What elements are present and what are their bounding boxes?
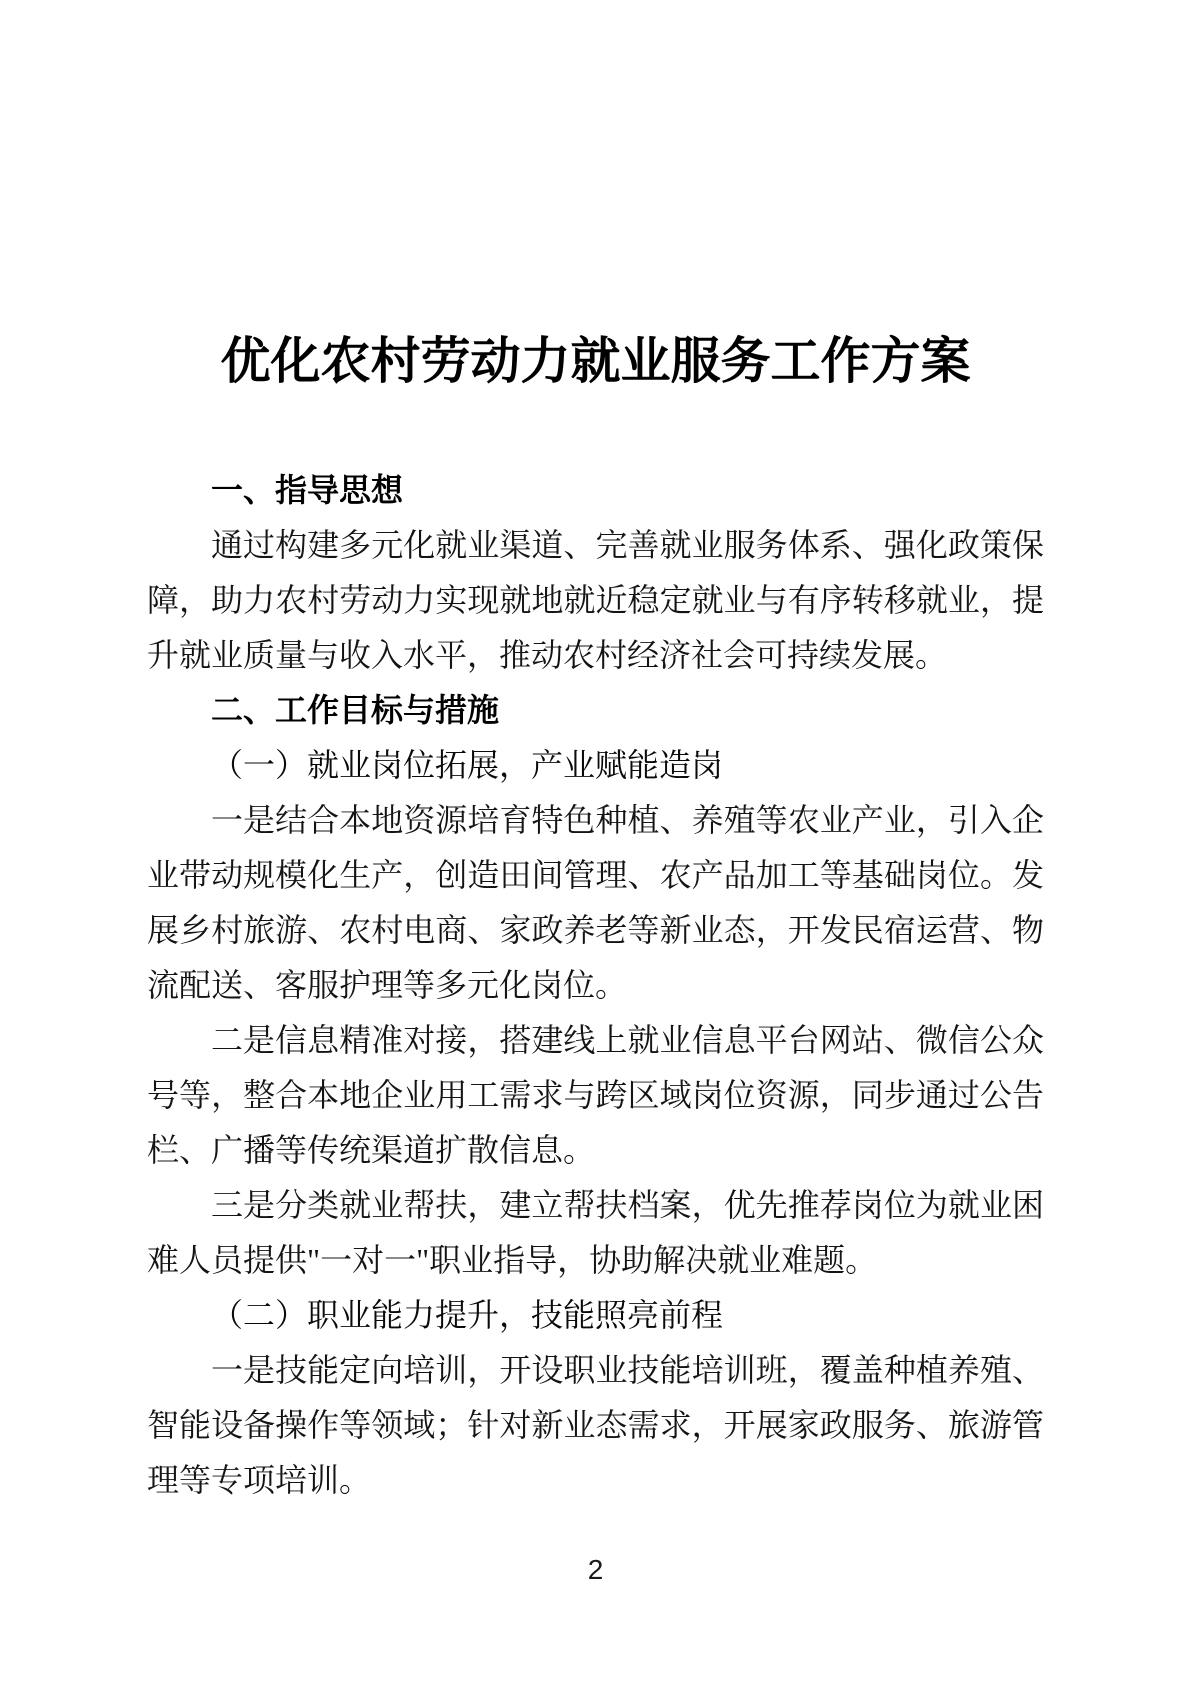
paragraph-measure-1-skill-training: 一是技能定向培训，开设职业技能培训班，覆盖种植养殖、智能设备操作等领域；针对新业… [147,1343,1044,1508]
subheading-vocational-ability: （二）职业能力提升，技能照亮前程 [147,1288,1044,1343]
document-page: 优化农村劳动力就业服务工作方案 一、指导思想 通过构建多元化就业渠道、完善就业服… [0,0,1191,1684]
section-heading-goals-measures: 二、工作目标与措施 [147,683,1044,738]
document-body: 一、指导思想 通过构建多元化就业渠道、完善就业服务体系、强化政策保障，助力农村劳… [147,463,1044,1508]
subheading-job-expansion: （一）就业岗位拓展，产业赋能造岗 [147,738,1044,793]
paragraph-measure-2-info-matching: 二是信息精准对接，搭建线上就业信息平台网站、微信公众号等，整合本地企业用工需求与… [147,1013,1044,1178]
page-number: 2 [0,1552,1191,1588]
paragraph-measure-1-industry-jobs: 一是结合本地资源培育特色种植、养殖等农业产业，引入企业带动规模化生产，创造田间管… [147,793,1044,1013]
paragraph-measure-3-employment-aid: 三是分类就业帮扶，建立帮扶档案，优先推荐岗位为就业困难人员提供"一对一"职业指导… [147,1178,1044,1288]
document-title: 优化农村劳动力就业服务工作方案 [0,332,1191,390]
paragraph-guiding-ideology: 通过构建多元化就业渠道、完善就业服务体系、强化政策保障，助力农村劳动力实现就地就… [147,518,1044,683]
section-heading-guiding-ideology: 一、指导思想 [147,463,1044,518]
